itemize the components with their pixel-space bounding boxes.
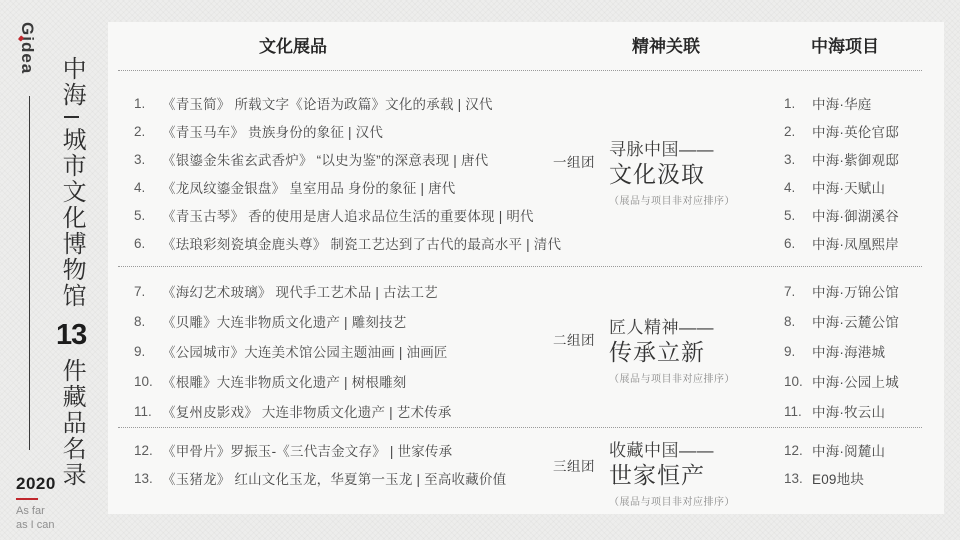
exhibit-item: 13. 《玉猪龙》 红山文化玉龙，华夏第一玉龙 | 至高收藏价值 [134, 464, 553, 492]
project-text: 中海·海港城 [812, 341, 885, 361]
project-item: 7. 中海·万锦公馆 [784, 276, 944, 306]
group-note: （展品与项目非对应排序） [609, 370, 735, 385]
project-item: 1. 中海·华庭 [784, 89, 944, 117]
exhibit-item: 4. 《龙凤纹鎏金银盘》 皇室用品 身份的象征 | 唐代 [134, 173, 553, 201]
exhibit-number: 6. [134, 236, 162, 251]
exhibit-item: 9. 《公园城市》大连美术馆公园主题油画 | 油画匠 [134, 336, 553, 366]
project-item: 5. 中海·御湖溪谷 [784, 201, 944, 229]
exhibit-number: 11. [134, 404, 162, 419]
project-text: 中海·阅麓山 [812, 440, 885, 460]
tagline: As far as I can [16, 505, 55, 533]
group-title-prefix: 匠人精神—— [609, 317, 735, 339]
exhibit-text: 《银鎏金朱雀玄武香炉》 “以史为鉴”的深意表现 | 唐代 [162, 149, 488, 169]
project-number: 5. [784, 208, 812, 223]
column-header-spirit: 精神关联 [596, 35, 736, 59]
project-number: 8. [784, 314, 812, 329]
group-section-2: 7. 《海幻艺术玻璃》 现代手工艺术品 | 古法工艺 8. 《贝雕》大连非物质文… [108, 275, 944, 427]
exhibit-list-2: 7. 《海幻艺术玻璃》 现代手工艺术品 | 古法工艺 8. 《贝雕》大连非物质文… [108, 276, 553, 426]
project-list-2: 7. 中海·万锦公馆 8. 中海·云麓公馆 9. 中海·海港城 10. [768, 276, 944, 426]
project-text: 中海·万锦公馆 [812, 281, 899, 301]
exhibit-text: 《贝雕》大连非物质文化遗产 | 雕刻技艺 [162, 311, 407, 331]
project-text: 中海·天赋山 [812, 177, 885, 197]
project-text: 中海·云麓公馆 [812, 311, 899, 331]
exhibit-item: 8. 《贝雕》大连非物质文化遗产 | 雕刻技艺 [134, 306, 553, 336]
exhibit-text: 《甲骨片》罗振玉-《三代吉金文存》 | 世家传承 [162, 440, 452, 460]
exhibit-number: 1. [134, 96, 162, 111]
exhibit-number: 4. [134, 180, 162, 195]
exhibit-text: 《龙凤纹鎏金银盘》 皇室用品 身份的象征 | 唐代 [162, 177, 456, 197]
exhibit-text: 《根雕》大连非物质文化遗产 | 树根雕刻 [162, 371, 407, 391]
title-separator-bar [64, 116, 79, 118]
tagline-line1: As far [16, 505, 55, 519]
project-item: 8. 中海·云麓公馆 [784, 306, 944, 336]
group-title-main: 传承立新 [609, 339, 735, 365]
exhibit-number: 12. [134, 443, 162, 458]
group-title-prefix: 收藏中国—— [609, 440, 735, 462]
project-text: 中海·华庭 [812, 93, 872, 113]
exhibit-number: 8. [134, 314, 162, 329]
group-titles: 收藏中国—— 世家恒产 （展品与项目非对应排序） [601, 440, 735, 508]
project-item: 2. 中海·英伦官邸 [784, 117, 944, 145]
page-title: 中海城市文化博物馆13件藏品名录 [56, 56, 86, 488]
project-number: 7. [784, 284, 812, 299]
project-item: 3. 中海·紫御观邸 [784, 145, 944, 173]
column-header-exhibits: 文化展品 [223, 35, 363, 59]
group-label: 一组团 [553, 151, 601, 171]
group-block-3: 三组团 收藏中国—— 世家恒产 （展品与项目非对应排序） [553, 440, 768, 508]
gidea-logo: Gidea [17, 22, 37, 74]
project-number: 11. [784, 404, 812, 419]
slide-canvas: Gidea 中海城市文化博物馆13件藏品名录 2020 As far as I … [0, 0, 960, 540]
exhibit-item: 5. 《青玉古琴》 香的使用是唐人追求品位生活的重要体现 | 明代 [134, 201, 553, 229]
group-note: （展品与项目非对应排序） [609, 192, 735, 207]
group-titles: 寻脉中国—— 文化汲取 （展品与项目非对应排序） [601, 139, 735, 207]
title-part-zhonghai: 中海 [58, 56, 85, 108]
project-list-1: 1. 中海·华庭 2. 中海·英伦官邸 3. 中海·紫御观邸 4. [768, 89, 944, 257]
project-list-3: 12. 中海·阅麓山 13. E09地块 [768, 436, 944, 492]
exhibit-number: 7. [134, 284, 162, 299]
column-header-projects: 中海项目 [775, 35, 915, 59]
project-text: 中海·御湖溪谷 [812, 205, 899, 225]
group-titles: 匠人精神—— 传承立新 （展品与项目非对应排序） [601, 317, 735, 385]
exhibit-number: 2. [134, 124, 162, 139]
project-item: 6. 中海·凤凰熙岸 [784, 229, 944, 257]
group-block-1: 一组团 寻脉中国—— 文化汲取 （展品与项目非对应排序） [553, 139, 768, 207]
exhibit-text: 《珐琅彩刻瓷填金鹿头尊》 制瓷工艺达到了古代的最高水平 | 清代 [162, 233, 561, 253]
project-number: 13. [784, 471, 812, 486]
vertical-divider-line [29, 96, 30, 450]
exhibit-item: 6. 《珐琅彩刻瓷填金鹿头尊》 制瓷工艺达到了古代的最高水平 | 清代 [134, 229, 553, 257]
project-item: 4. 中海·天赋山 [784, 173, 944, 201]
year-label: 2020 [16, 474, 56, 494]
project-number: 3. [784, 152, 812, 167]
exhibit-item: 12. 《甲骨片》罗振玉-《三代吉金文存》 | 世家传承 [134, 436, 553, 464]
project-item: 13. E09地块 [784, 464, 944, 492]
project-text: 中海·英伦官邸 [812, 121, 899, 141]
dotted-divider-1 [118, 70, 922, 71]
exhibit-item: 7. 《海幻艺术玻璃》 现代手工艺术品 | 古法工艺 [134, 276, 553, 306]
group-section-1: 1. 《青玉简》 所载文字《论语为政篇》文化的承载 | 汉代 2. 《青玉马车》… [108, 88, 944, 258]
project-text: 中海·牧云山 [812, 401, 885, 421]
project-number: 2. [784, 124, 812, 139]
exhibit-item: 11. 《复州皮影戏》 大连非物质文化遗产 | 艺术传承 [134, 396, 553, 426]
exhibit-item: 2. 《青玉马车》 贵族身份的象征 | 汉代 [134, 117, 553, 145]
exhibit-text: 《青玉马车》 贵族身份的象征 | 汉代 [162, 121, 383, 141]
group-block-2: 二组团 匠人精神—— 传承立新 （展品与项目非对应排序） [553, 317, 768, 385]
group-title-prefix: 寻脉中国—— [609, 139, 735, 161]
project-number: 6. [784, 236, 812, 251]
exhibit-number: 13. [134, 471, 162, 486]
project-item: 12. 中海·阅麓山 [784, 436, 944, 464]
title-part-catalog: 件藏品名录 [58, 358, 85, 488]
exhibit-text: 《公园城市》大连美术馆公园主题油画 | 油画匠 [162, 341, 448, 361]
exhibit-list-1: 1. 《青玉简》 所载文字《论语为政篇》文化的承载 | 汉代 2. 《青玉马车》… [108, 89, 553, 257]
title-number-13: 13 [56, 321, 86, 350]
title-part-museum: 城市文化博物馆 [58, 127, 85, 309]
project-text: 中海·紫御观邸 [812, 149, 899, 169]
exhibit-item: 10. 《根雕》大连非物质文化遗产 | 树根雕刻 [134, 366, 553, 396]
project-number: 12. [784, 443, 812, 458]
exhibit-item: 3. 《银鎏金朱雀玄武香炉》 “以史为鉴”的深意表现 | 唐代 [134, 145, 553, 173]
group-label: 三组团 [553, 455, 601, 475]
project-item: 9. 中海·海港城 [784, 336, 944, 366]
project-text: 中海·凤凰熙岸 [812, 233, 899, 253]
project-number: 4. [784, 180, 812, 195]
group-title-main: 文化汲取 [609, 161, 735, 187]
exhibit-number: 5. [134, 208, 162, 223]
project-number: 1. [784, 96, 812, 111]
project-item: 11. 中海·牧云山 [784, 396, 944, 426]
project-number: 10. [784, 374, 812, 389]
exhibit-number: 10. [134, 374, 162, 389]
dotted-divider-3 [118, 427, 922, 428]
exhibit-list-3: 12. 《甲骨片》罗振玉-《三代吉金文存》 | 世家传承 13. 《玉猪龙》 红… [108, 436, 553, 492]
group-title-main: 世家恒产 [609, 462, 735, 488]
group-section-3: 12. 《甲骨片》罗振玉-《三代吉金文存》 | 世家传承 13. 《玉猪龙》 红… [108, 436, 944, 526]
exhibit-text: 《玉猪龙》 红山文化玉龙，华夏第一玉龙 | 至高收藏价值 [162, 468, 506, 488]
project-number: 9. [784, 344, 812, 359]
dotted-divider-2 [118, 266, 922, 267]
year-red-underline [16, 498, 38, 500]
exhibit-text: 《复州皮影戏》 大连非物质文化遗产 | 艺术传承 [162, 401, 452, 421]
group-note: （展品与项目非对应排序） [609, 493, 735, 508]
exhibit-item: 1. 《青玉简》 所载文字《论语为政篇》文化的承载 | 汉代 [134, 89, 553, 117]
exhibit-text: 《青玉简》 所载文字《论语为政篇》文化的承载 | 汉代 [162, 93, 493, 113]
exhibit-number: 3. [134, 152, 162, 167]
exhibit-text: 《海幻艺术玻璃》 现代手工艺术品 | 古法工艺 [162, 281, 438, 301]
project-text: 中海·公园上城 [812, 371, 899, 391]
exhibit-number: 9. [134, 344, 162, 359]
tagline-line2: as I can [16, 519, 55, 533]
project-text: E09地块 [812, 468, 864, 488]
group-label: 二组团 [553, 329, 601, 349]
exhibit-text: 《青玉古琴》 香的使用是唐人追求品位生活的重要体现 | 明代 [162, 205, 534, 225]
content-panel: 文化展品 精神关联 中海项目 1. 《青玉简》 所载文字《论语为政篇》文化的承载… [108, 22, 944, 514]
project-item: 10. 中海·公园上城 [784, 366, 944, 396]
